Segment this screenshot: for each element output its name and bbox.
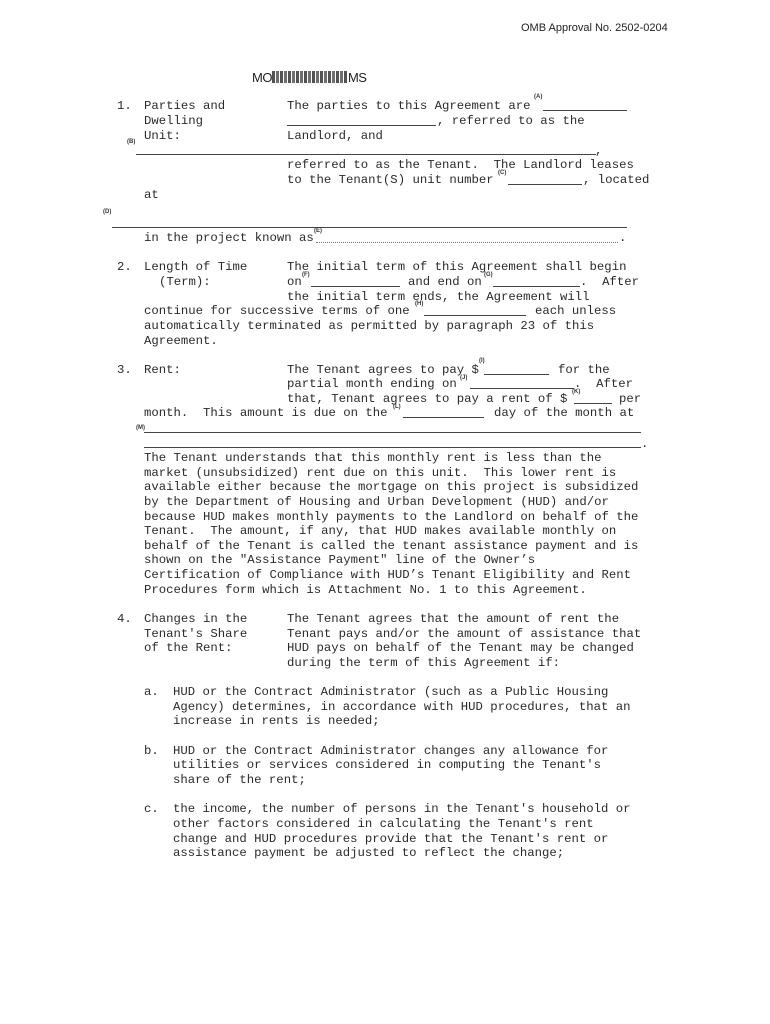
body-text: Tenant pays and/or the amount of assista…	[287, 627, 641, 642]
item-line: Agency) determines, in accordance with H…	[173, 700, 631, 715]
body-text: to the Tenant(S) unit number	[287, 173, 494, 188]
item-line: other factors considered in calculating …	[173, 817, 594, 832]
payment-location-field[interactable]	[144, 432, 641, 433]
field-marker-e: (E)	[314, 228, 322, 234]
field-marker-g: (G)	[484, 272, 493, 278]
title-left: MO	[252, 70, 272, 85]
body-text: The parties to this Agreement are	[287, 99, 531, 114]
item-line: utilities or services considered in comp…	[173, 758, 601, 773]
item-letter: b.	[144, 744, 159, 759]
body-text: The Tenant agrees that the amount of ren…	[287, 612, 619, 627]
section-label-line: (Term):	[159, 275, 211, 290]
field-marker-f: (F)	[302, 272, 310, 278]
item-line: HUD or the Contract Administrator (such …	[173, 685, 608, 700]
term-begin-date-field[interactable]	[311, 286, 400, 287]
partial-month-rent-field[interactable]	[484, 374, 549, 375]
body-text: . After	[574, 377, 633, 392]
body-text: the initial term ends, the Agreement wil…	[287, 290, 590, 305]
paragraph-line: behalf of the Tenant is called the tenan…	[144, 539, 638, 554]
body-text: each unless	[535, 304, 616, 319]
section-number: 2.	[117, 260, 132, 275]
paragraph-line: shown on the "Assistance Payment" line o…	[144, 553, 535, 568]
section-number: 4.	[117, 612, 132, 627]
section-number: 1.	[117, 99, 132, 114]
body-text: during the term of this Agreement if:	[287, 656, 560, 671]
field-marker-c: (C)	[498, 170, 506, 176]
title-right: MS	[348, 70, 367, 85]
field-marker-d: (D)	[103, 209, 111, 215]
unit-address-field[interactable]	[112, 227, 627, 228]
rent-due-day-field[interactable]	[403, 417, 484, 418]
paragraph-line: Procedures form which is Attachment No. …	[144, 583, 587, 598]
item-line: increase in rents is needed;	[173, 714, 380, 729]
field-marker-a: (A)	[534, 94, 542, 100]
body-text: month. This amount is due on the	[144, 406, 388, 421]
period: .	[641, 437, 648, 452]
body-text: The Tenant agrees to pay $	[287, 363, 479, 378]
landlord-name-field-cont[interactable]	[287, 125, 436, 126]
body-text: that, Tenant agrees to pay a rent of $	[287, 392, 567, 407]
monthly-rent-field[interactable]	[574, 403, 612, 404]
paragraph-line: The Tenant understands that this monthly…	[144, 451, 602, 466]
section-number: 3.	[117, 363, 132, 378]
field-marker-h: (H)	[415, 301, 423, 307]
landlord-name-field[interactable]	[543, 110, 627, 111]
section-label-line: Dwelling	[144, 114, 203, 129]
paragraph-line: available either because the mortgage on…	[144, 480, 638, 495]
field-marker-b: (B)	[127, 139, 135, 145]
body-text: automatically terminated as permitted by…	[144, 319, 594, 334]
section-label-line: Unit:	[144, 129, 181, 144]
item-line: the income, the number of persons in the…	[173, 802, 631, 817]
paragraph-line: market (unsubsidized) rent due on this u…	[144, 466, 616, 481]
section-label-line: Changes in the	[144, 612, 247, 627]
body-text: for the	[558, 363, 610, 378]
field-marker-i: (I)	[479, 358, 485, 364]
body-text: at	[144, 188, 159, 203]
section-label-line: Rent:	[144, 363, 181, 378]
section-label-line: Tenant's Share	[144, 627, 247, 642]
unit-number-field[interactable]	[508, 184, 582, 185]
item-letter: c.	[144, 802, 159, 817]
field-marker-l: (L)	[393, 404, 401, 410]
section-label-line: of the Rent:	[144, 641, 233, 656]
body-text: in the project known as	[144, 231, 314, 246]
title-overlapped-text	[272, 71, 348, 83]
project-name-field[interactable]	[316, 242, 618, 243]
body-text: The initial term of this Agreement shall…	[287, 260, 626, 275]
body-text: . After	[580, 275, 639, 290]
field-marker-m: (M)	[136, 425, 145, 431]
item-line: change and HUD procedures provide that t…	[173, 832, 608, 847]
period: .	[619, 231, 626, 246]
successive-term-field[interactable]	[424, 315, 526, 316]
body-text: referred to as the Tenant. The Landlord …	[287, 158, 634, 173]
body-text: , referred to as the	[437, 114, 585, 129]
section-label-line: Length of Time	[144, 260, 247, 275]
form-title: MOMS	[252, 70, 366, 85]
paragraph-line: because HUD makes monthly payments to th…	[144, 510, 638, 525]
comma: ,	[595, 144, 602, 159]
payment-location-field-cont[interactable]	[144, 447, 641, 448]
body-text: , located	[583, 173, 649, 188]
body-text: per	[619, 392, 641, 407]
term-end-date-field[interactable]	[493, 286, 580, 287]
tenant-name-field[interactable]	[136, 154, 596, 155]
field-marker-j: (J)	[460, 375, 467, 381]
body-text: HUD pays on behalf of the Tenant may be …	[287, 641, 634, 656]
item-line: assistance payment be adjusted to reflec…	[173, 846, 564, 861]
section-label-line: Parties and	[144, 99, 225, 114]
body-text: partial month ending on	[287, 377, 457, 392]
partial-month-end-date-field[interactable]	[470, 388, 574, 389]
omb-approval-number: OMB Approval No. 2502-0204	[521, 22, 668, 34]
field-marker-k: (K)	[572, 389, 580, 395]
body-text: continue for successive terms of one	[144, 304, 410, 319]
body-text: and end on	[408, 275, 482, 290]
body-text: Landlord, and	[287, 129, 383, 144]
paragraph-line: Certification of Compliance with HUD’s T…	[144, 568, 631, 583]
body-text: Agreement.	[144, 334, 218, 349]
item-line: share of the rent;	[173, 773, 306, 788]
body-text: on	[287, 275, 302, 290]
item-letter: a.	[144, 685, 159, 700]
paragraph-line: Tenant. The amount, if any, that HUD mak…	[144, 524, 616, 539]
paragraph-line: by the Department of Housing and Urban D…	[144, 495, 609, 510]
item-line: HUD or the Contract Administrator change…	[173, 744, 608, 759]
body-text: day of the month at	[494, 406, 634, 421]
